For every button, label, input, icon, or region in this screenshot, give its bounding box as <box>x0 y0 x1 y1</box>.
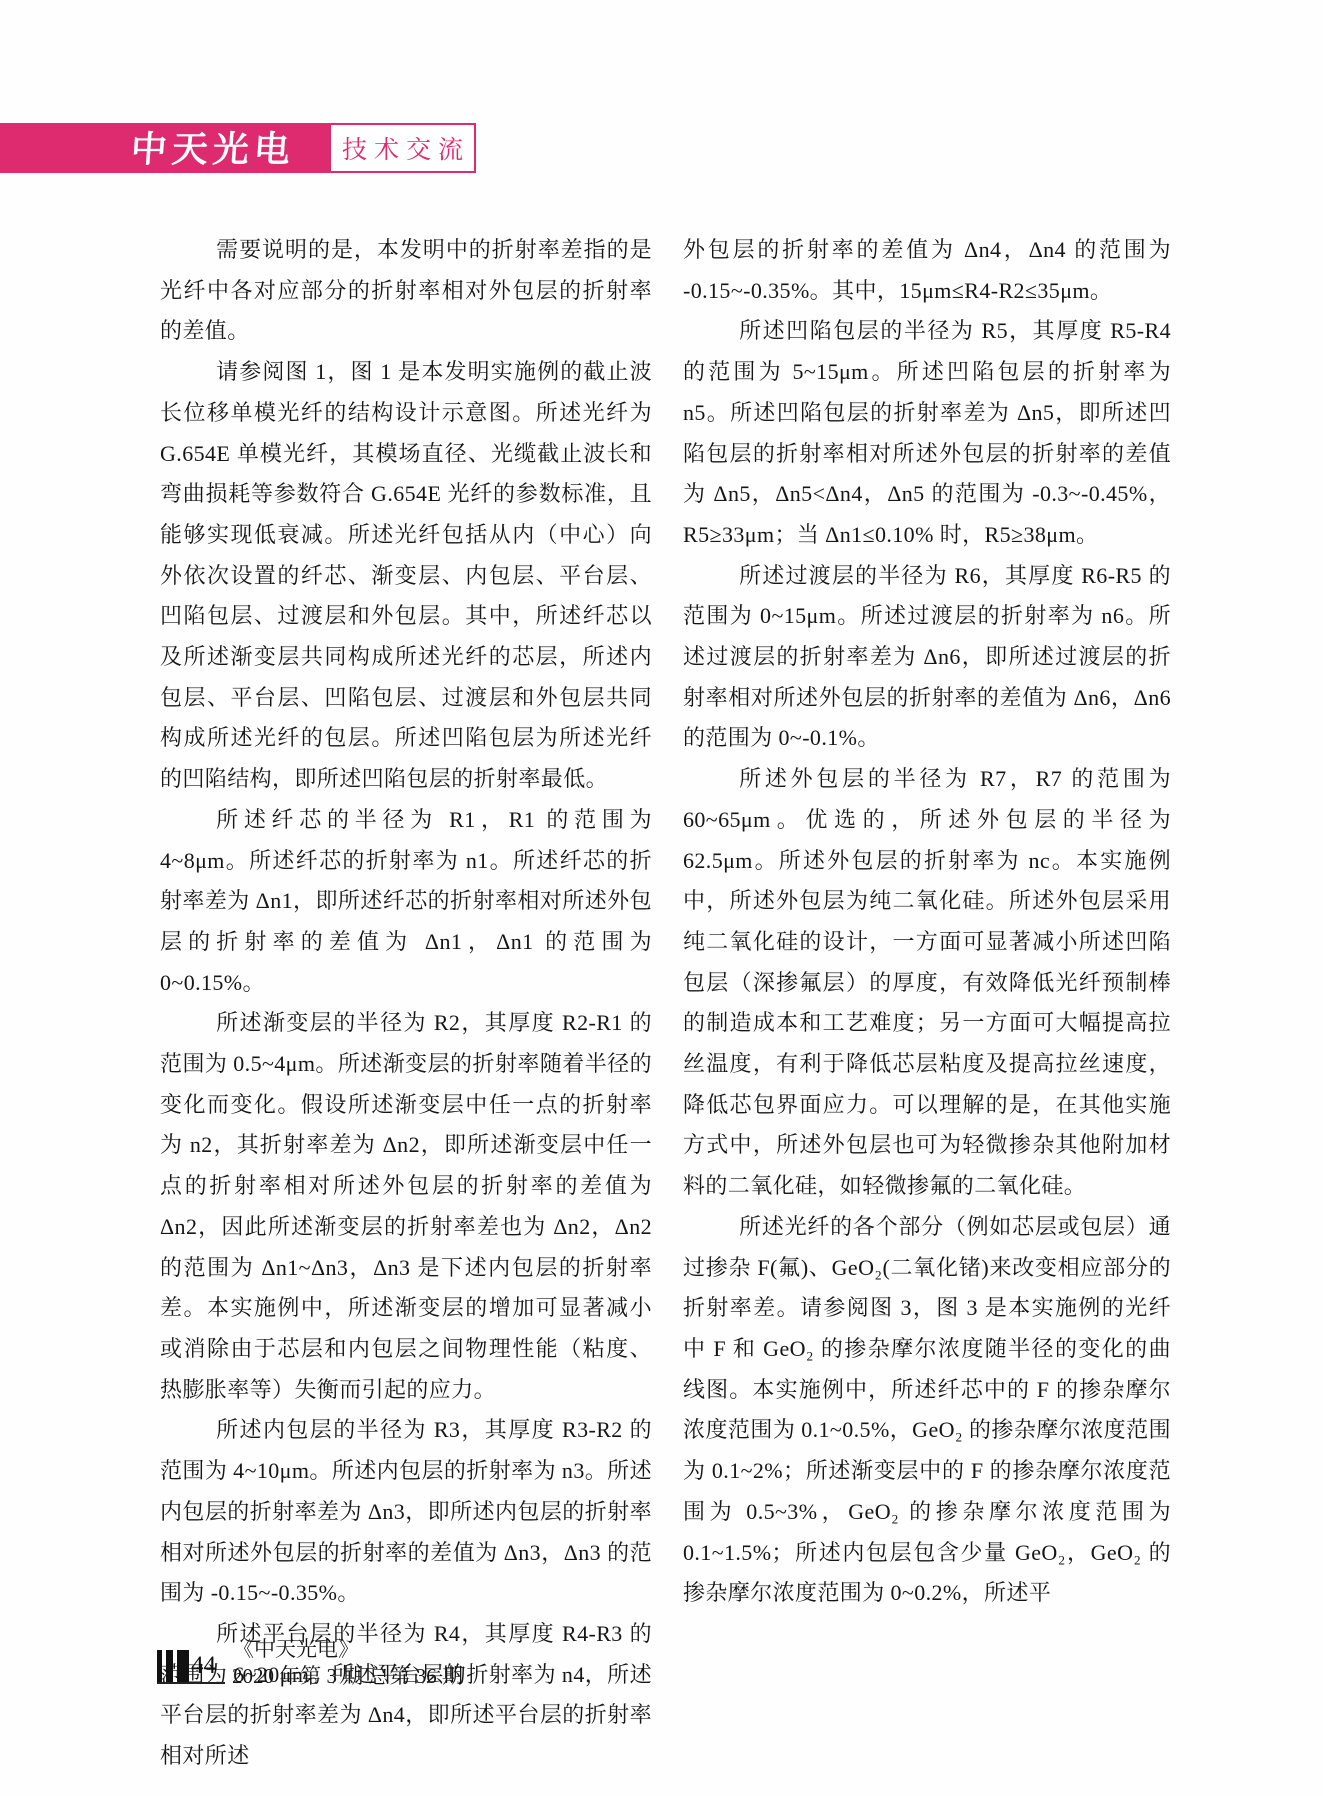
paragraph: 需要说明的是，本发明中的折射率差指的是光纤中各对应部分的折射率相对外包层的折射率… <box>160 230 652 352</box>
paragraph: 所述凹陷包层的半径为 R5，其厚度 R5-R4 的范围为 5~15μm。所述凹陷… <box>683 311 1171 555</box>
page-number: 44 <box>191 1652 216 1680</box>
paragraph-continuation: 外包层的折射率的差值为 Δn4，Δn4 的范围为 -0.15~-0.35%。其中… <box>683 230 1171 311</box>
footer-bar-2 <box>166 1650 173 1684</box>
right-column: 外包层的折射率的差值为 Δn4，Δn4 的范围为 -0.15~-0.35%。其中… <box>683 230 1171 1614</box>
paragraph: 所述纤芯的半径为 R1，R1 的范围为 4~8μm。所述纤芯的折射率为 n1。所… <box>160 800 652 1004</box>
paragraph: 所述外包层的半径为 R7，R7 的范围为 60~65μm。优选的，所述外包层的半… <box>683 759 1171 1207</box>
footer-bar-1 <box>157 1650 162 1684</box>
footer-rule <box>157 1682 225 1684</box>
paragraph: 所述渐变层的半径为 R2，其厚度 R2-R1 的范围为 0.5~4μm。所述渐变… <box>160 1003 652 1410</box>
journal-page: 中天光电 技术交流 需要说明的是，本发明中的折射率差指的是光纤中各对应部分的折射… <box>0 0 1323 1796</box>
paragraph: 所述过渡层的半径为 R6，其厚度 R6-R5 的范围为 0~15μm。所述过渡层… <box>683 556 1171 760</box>
journal-logo: 中天光电 <box>129 121 297 172</box>
issue-info: 2020 年第 3 期 总第 36 期 <box>232 1660 463 1690</box>
left-column: 需要说明的是，本发明中的折射率差指的是光纤中各对应部分的折射率相对外包层的折射率… <box>160 230 652 1777</box>
section-label: 技术交流 <box>335 130 470 166</box>
footer-bar-3 <box>177 1650 189 1684</box>
paragraph: 请参阅图 1，图 1 是本发明实施例的截止波长位移单模光纤的结构设计示意图。所述… <box>160 352 652 800</box>
section-label-box: 技术交流 <box>329 123 476 173</box>
header-brand-bar: 中天光电 <box>0 123 329 173</box>
paragraph: 所述光纤的各个部分（例如芯层或包层）通过掺杂 F(氟)、GeO₂(二氧化锗)来改… <box>683 1207 1171 1614</box>
paragraph: 所述内包层的半径为 R3，其厚度 R3-R2 的范围为 4~10μm。所述内包层… <box>160 1410 652 1614</box>
journal-name: 《中天光电》 <box>233 1633 359 1663</box>
